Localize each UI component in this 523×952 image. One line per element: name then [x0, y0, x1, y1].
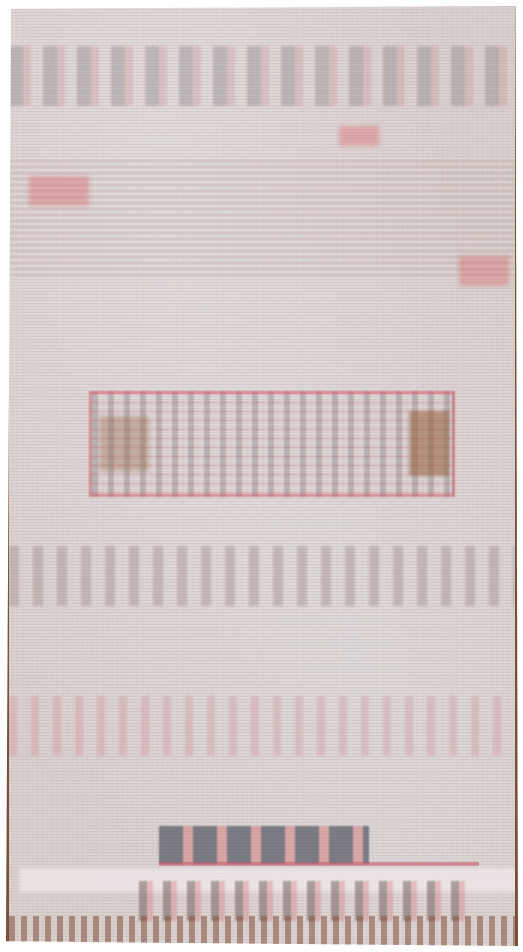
bottom-border-line — [159, 862, 479, 866]
pink-motif — [459, 256, 509, 286]
bottom-edge — [9, 916, 515, 946]
pink-motif — [29, 176, 89, 206]
bottom-border-motif — [159, 826, 369, 864]
rug-photo — [6, 6, 518, 946]
pink-motif — [339, 126, 379, 146]
bottom-guard-pattern — [139, 881, 469, 921]
lower-field-texture — [9, 546, 515, 606]
top-border-motif — [9, 46, 515, 106]
lower-field-motif — [9, 696, 515, 756]
rust-patch — [409, 411, 449, 476]
upper-field-texture — [9, 156, 515, 276]
rust-patch — [99, 416, 149, 471]
